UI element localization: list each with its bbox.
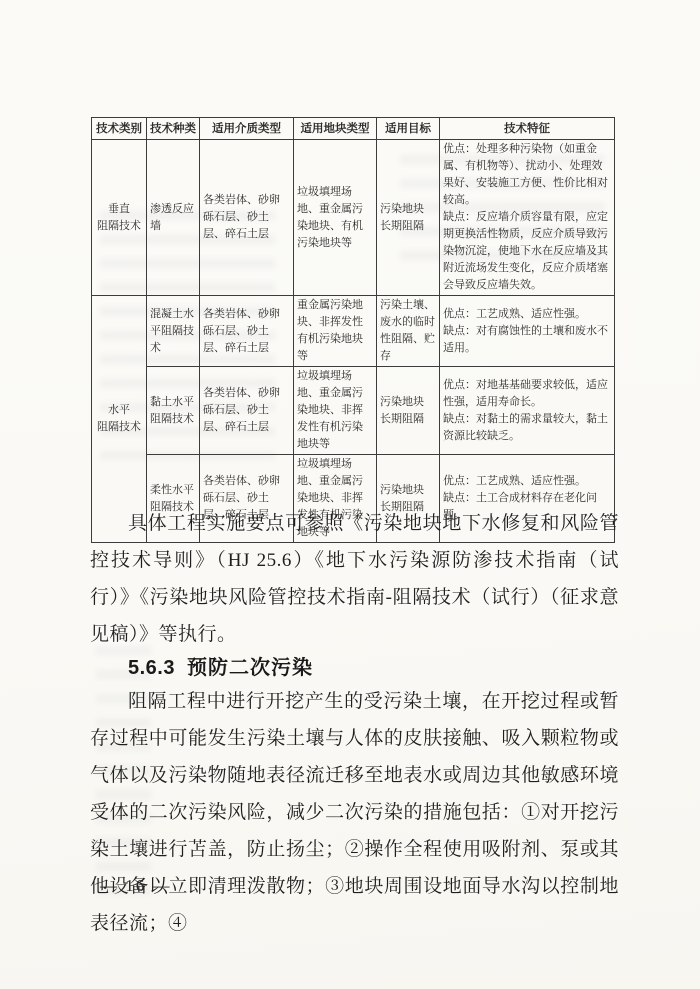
cell-target: 污染地块 长期阻隔 <box>377 140 440 296</box>
header-site-type: 适用地块类型 <box>294 118 377 140</box>
section-number: 5.6.3 <box>128 657 175 679</box>
cell-kind: 渗透反应墙 <box>147 140 200 296</box>
cell-medium: 各类岩体、砂卵砾石层、砂土层、碎石土层 <box>200 296 294 367</box>
cell-site: 垃圾填埋场 地、重金属污染地块、有机污染地块等 <box>294 140 377 296</box>
header-tech-category: 技术类别 <box>92 118 147 140</box>
header-tech-kind: 技术种类 <box>147 118 200 140</box>
page-number: — 16 — <box>100 876 172 896</box>
header-target: 适用目标 <box>377 118 440 140</box>
header-features: 技术特征 <box>440 118 615 140</box>
table-header-row: 技术类别 技术种类 适用介质类型 适用地块类型 适用目标 技术特征 <box>92 118 615 140</box>
cell-site: 垃圾填埋场 地、重金属污染地块、非挥发性有机污染地块等 <box>294 367 377 455</box>
cell-features: 优点：工艺成熟、适应性强。 缺点：对有腐蚀性的土壤和废水不适用。 <box>440 296 615 367</box>
section-heading: 5.6.3预防二次污染 <box>90 653 619 683</box>
cell-target: 污染地块 长期阻隔 <box>377 367 440 455</box>
table-row: 垂直 阻隔技术 渗透反应墙 各类岩体、砂卵砾石层、砂土层、碎石土层 垃圾填埋场 … <box>92 140 615 296</box>
table-row: 水平 阻隔技术 混凝土水平阻隔技术 各类岩体、砂卵砾石层、砂土层、碎石土层 重金… <box>92 296 615 367</box>
cell-target: 污染土壤、废水的临时性阻隔、贮存 <box>377 296 440 367</box>
scanned-document-page: 技术类别 技术种类 适用介质类型 适用地块类型 适用目标 技术特征 垂直 阻隔技… <box>0 0 700 989</box>
barrier-technology-table: 技术类别 技术种类 适用介质类型 适用地块类型 适用目标 技术特征 垂直 阻隔技… <box>91 117 615 543</box>
paragraph-implementation-reference: 具体工程实施要点可参照《污染地块地下水修复和风险管控技术导则》（HJ 25.6）… <box>90 505 619 653</box>
cell-kind: 混凝土水平阻隔技术 <box>147 296 200 367</box>
cell-features: 优点：对地基基础要求较低，适应性强，适用寿命长。 缺点：对黏土的需求量较大，黏土… <box>440 367 615 455</box>
paragraph-secondary-pollution: 阻隔工程中进行开挖产生的受污染土壤，在开挖过程或暂存过程中可能发生污染土壤与人体… <box>90 683 619 942</box>
section-title: 预防二次污染 <box>187 657 313 679</box>
cell-kind: 黏土水平阻隔技术 <box>147 367 200 455</box>
header-medium-type: 适用介质类型 <box>200 118 294 140</box>
cell-features: 优点：处理多种污染物（如重金属、有机物等）、扰动小、处理效果好、安装施工方便、性… <box>440 140 615 296</box>
table-row: 黏土水平阻隔技术 各类岩体、砂卵砾石层、砂土层、碎石土层 垃圾填埋场 地、重金属… <box>92 367 615 455</box>
cell-medium: 各类岩体、砂卵砾石层、砂土层、碎石土层 <box>200 140 294 296</box>
cell-medium: 各类岩体、砂卵砾石层、砂土层、碎石土层 <box>200 367 294 455</box>
cell-site: 重金属污染地块、非挥发性有机污染地块等 <box>294 296 377 367</box>
cell-category: 垂直 阻隔技术 <box>92 140 147 296</box>
